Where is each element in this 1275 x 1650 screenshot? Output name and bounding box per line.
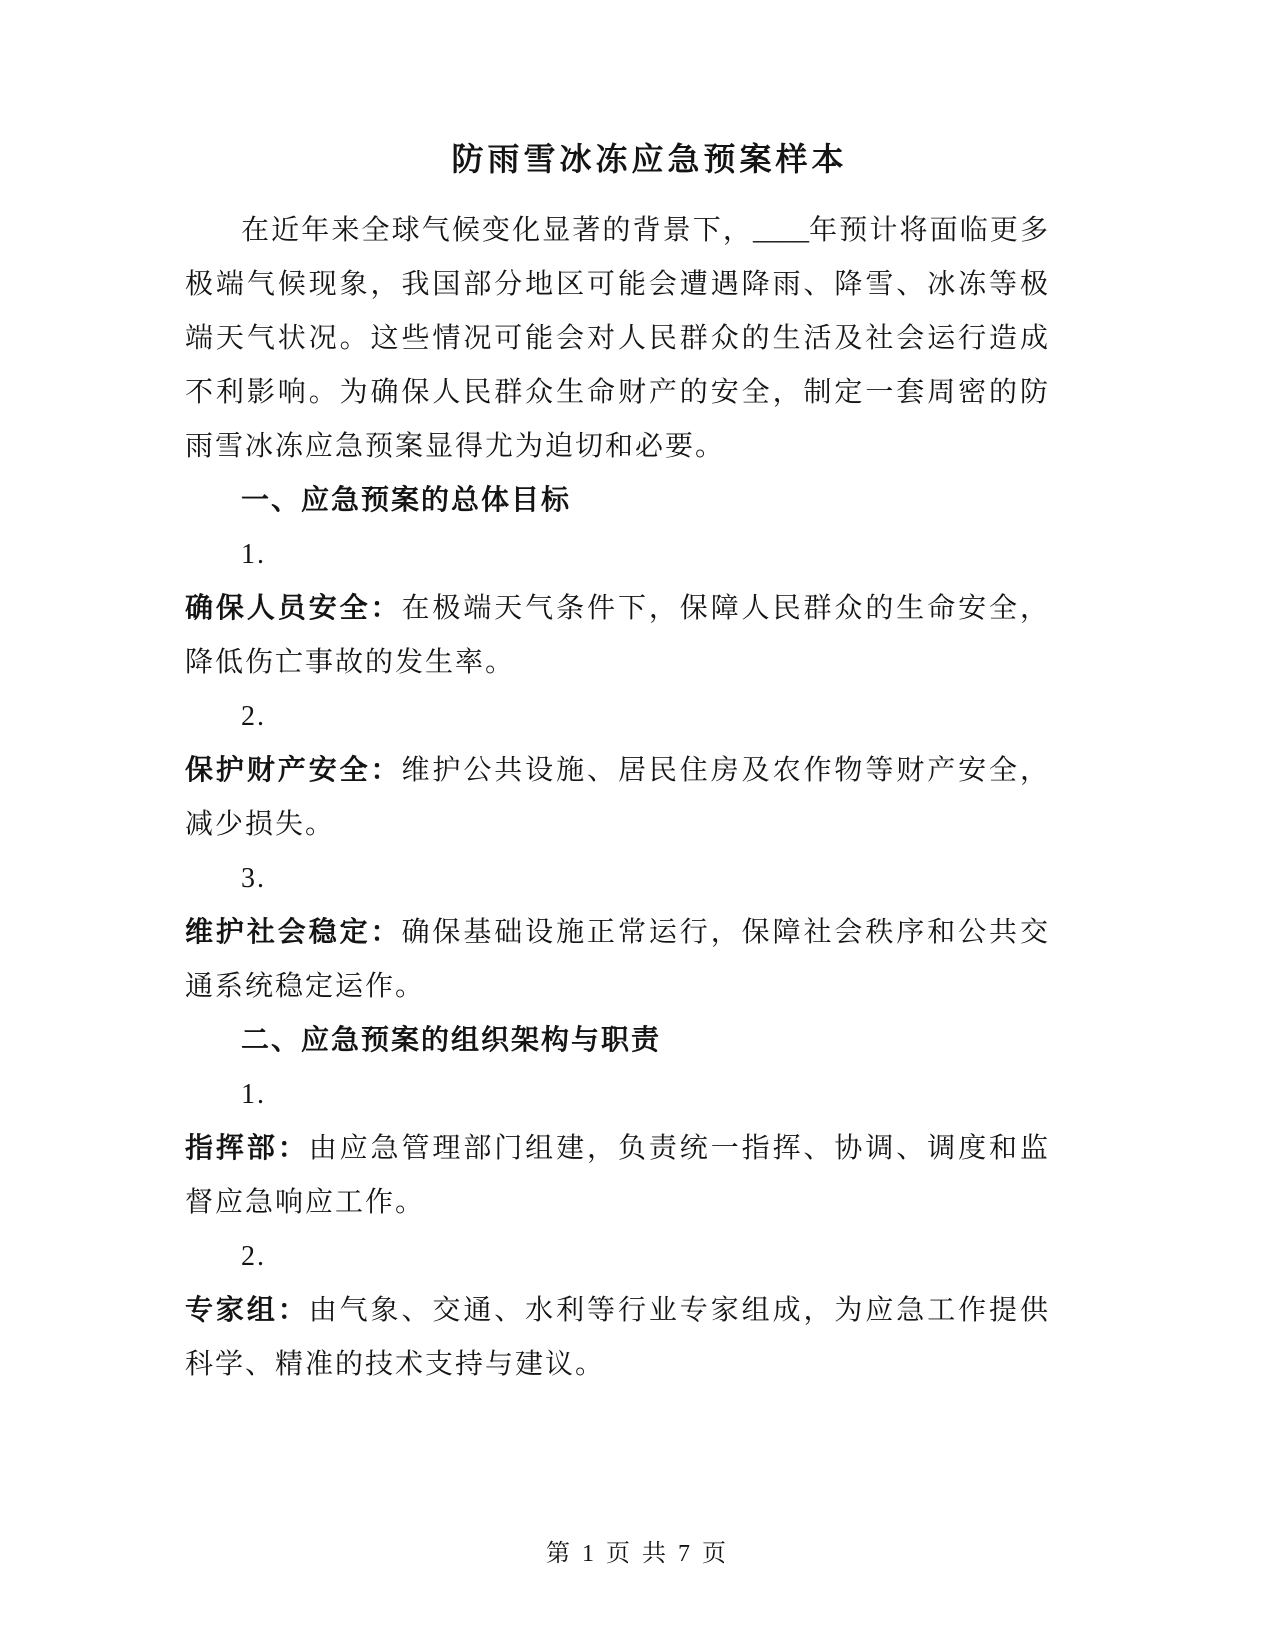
item-text: 由气象、交通、水利等行业专家组成，为应急工作提供科学、精准的技术支持与建议。 <box>185 1295 1050 1380</box>
list-number: 3. <box>185 852 1050 906</box>
list-item-paragraph: 指挥部：由应急管理部门组建，负责统一指挥、协调、调度和监督应急响应工作。 <box>185 1122 1050 1230</box>
intro-text-after: 年预计将面临更多极端气候现象，我国部分地区可能会遭遇降雨、降雪、冰冻等极端天气状… <box>185 215 1050 462</box>
blank-underline: ____ <box>753 215 809 246</box>
intro-text-before: 在近年来全球气候变化显著的背景下， <box>241 215 753 246</box>
list-number: 2. <box>185 1230 1050 1284</box>
intro-paragraph: 在近年来全球气候变化显著的背景下，____年预计将面临更多极端气候现象，我国部分… <box>185 204 1050 474</box>
list-number: 1. <box>185 528 1050 582</box>
document-title: 防雨雪冰冻应急预案样本 <box>185 132 1050 186</box>
item-lead-bold: 专家组： <box>185 1295 309 1326</box>
page-footer: 第 1 页 共 7 页 <box>0 1532 1275 1576</box>
item-lead-bold: 保护财产安全： <box>185 755 401 786</box>
document-content: 防雨雪冰冻应急预案样本 在近年来全球气候变化显著的背景下，____年预计将面临更… <box>185 132 1050 1392</box>
item-lead-bold: 指挥部： <box>185 1133 309 1164</box>
document-page: 防雨雪冰冻应急预案样本 在近年来全球气候变化显著的背景下，____年预计将面临更… <box>0 0 1275 1650</box>
section2-heading: 二、应急预案的组织架构与职责 <box>185 1014 1050 1068</box>
item-text: 由应急管理部门组建，负责统一指挥、协调、调度和监督应急响应工作。 <box>185 1133 1050 1218</box>
list-number: 2. <box>185 690 1050 744</box>
section1-heading: 一、应急预案的总体目标 <box>185 474 1050 528</box>
item-lead-bold: 维护社会稳定： <box>185 917 401 948</box>
item-lead-bold: 确保人员安全： <box>185 593 401 624</box>
list-number: 1. <box>185 1068 1050 1122</box>
list-item-paragraph: 维护社会稳定：确保基础设施正常运行，保障社会秩序和公共交通系统稳定运作。 <box>185 906 1050 1014</box>
page-number-label: 第 1 页 共 7 页 <box>546 1541 729 1567</box>
list-item-paragraph: 保护财产安全：维护公共设施、居民住房及农作物等财产安全，减少损失。 <box>185 744 1050 852</box>
list-item-paragraph: 确保人员安全：在极端天气条件下，保障人民群众的生命安全，降低伤亡事故的发生率。 <box>185 582 1050 690</box>
list-item-paragraph: 专家组：由气象、交通、水利等行业专家组成，为应急工作提供科学、精准的技术支持与建… <box>185 1284 1050 1392</box>
